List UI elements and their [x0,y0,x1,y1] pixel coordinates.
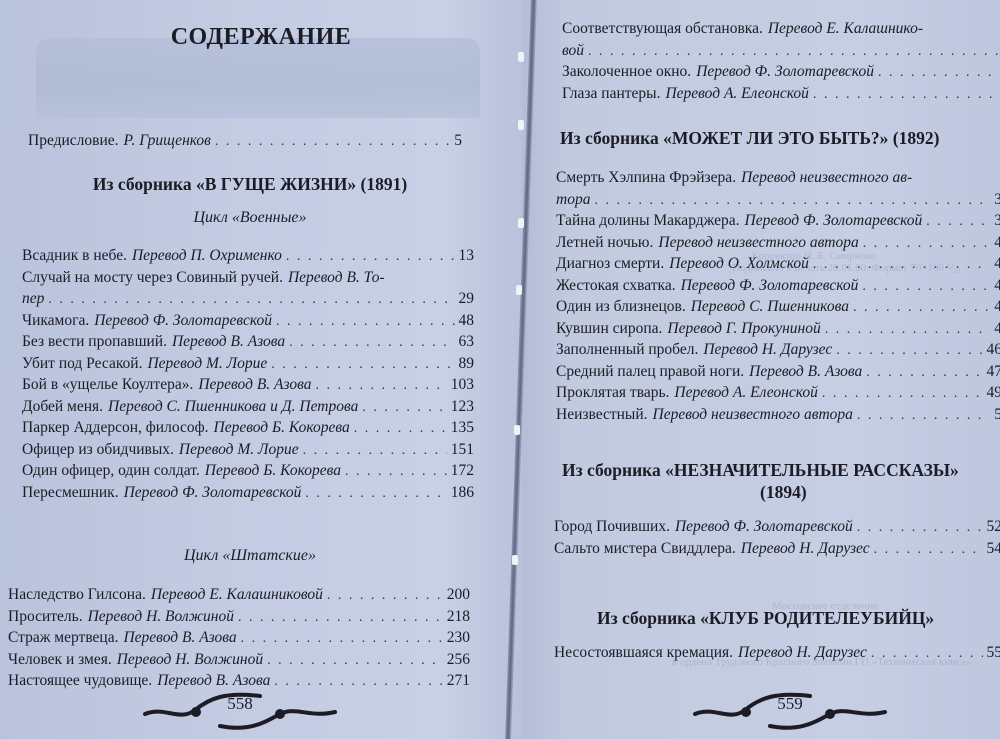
entry-translator: Перевод П. Охрименко [132,245,282,266]
cycle-title-voennye: Цикл «Военные» [0,209,500,227]
entry-translator: Перевод О. Холмской [669,253,809,274]
entry-title: Диагноз смерти. [556,253,664,274]
toc-entry[interactable]: Тайна долины Макарджера.Перевод Ф. Золот… [556,210,1000,232]
toc-entry[interactable]: Без вести пропавший.Перевод В. Азова63 [22,331,474,353]
entry-translator: Перевод Ф. Золотаревской [675,516,853,537]
toc-entry[interactable]: Паркер Аддерсон, философ.Перевод Б. Коко… [22,417,474,439]
entry-translator: Перевод неизвестного ав- [741,167,912,188]
binding-stitch [518,52,524,62]
entry-translator: Перевод неизвестного автора [658,232,858,253]
toc-entry[interactable]: Убит под Ресакой.Перевод М. Лорие89 [22,353,474,375]
toc-entry-preface[interactable]: Предисловие. Р. Грищенков 5 [28,130,462,152]
entry-page: 4 [994,275,1000,296]
entry-page: 172 [451,460,474,481]
entry-title: Паркер Аддерсон, философ. [22,417,209,438]
entry-translator: Перевод М. Лорие [179,439,299,460]
toc-entry[interactable]: Проситель.Перевод Н. Волжиной218 [8,606,470,628]
toc-entry-continuation: тора3 [556,189,1000,211]
entry-title: Убит под Ресакой. [22,353,142,374]
leader-dots [857,517,983,538]
entry-title: Один офицер, один солдат. [22,460,200,481]
entry-title: Добей меня. [22,396,103,417]
entry-page: 13 [459,245,475,266]
toc-entry[interactable]: Проклятая тварь.Перевод А. Елеонской49 [556,382,1000,404]
leader-dots [315,375,446,396]
leader-dots [862,276,990,297]
entry-page: 200 [447,584,470,605]
entry-page: 151 [451,439,474,460]
entry-page: 4 [994,253,1000,274]
entry-translator: Перевод С. Пшенникова [691,296,849,317]
entry-title: Летней ночью. [556,232,653,253]
entry-translator: Р. Грищенков [124,130,211,151]
entry-translator: Перевод Н. Дарузес [703,339,832,360]
entry-title: Жестокая схватка. [556,275,676,296]
leader-dots [836,340,982,361]
toc-entry[interactable]: Город Почивших.Перевод Ф. Золотаревской5… [554,516,1000,538]
leader-dots [271,354,454,375]
entry-translator: Перевод В. Азова [172,331,285,352]
leader-dots [362,397,446,418]
entry-page: 3 [994,189,1000,210]
entry-page: 5 [994,404,1000,425]
entry-title: Всадник в небе. [22,245,127,266]
toc-entry[interactable]: Жестокая схватка.Перевод Ф. Золотаревско… [556,275,1000,297]
entry-title: Соответствующая обстановка. [562,18,763,39]
entry-translator: Перевод В. Азова [198,374,311,395]
entry-title: Проклятая тварь. [556,382,669,403]
right-page: Корректор Н. Б. Смирнова Подписано в печ… [522,0,1000,739]
leader-dots [926,211,990,232]
entry-page: 103 [451,374,474,395]
section-title-v-gushche-zhizni: Из сборника «В ГУЩЕ ЖИЗНИ» (1891) [0,174,500,195]
toc-entry[interactable]: Добей меня.Перевод С. Пшенникова и Д. Пе… [22,396,474,418]
entry-translator: Перевод Б. Кокорева [205,460,341,481]
entry-translator: Перевод В. Азова [123,627,236,648]
entry-title: Неизвестный. [556,404,648,425]
entry-title: Бой в «ущелье Коултера». [22,374,193,395]
toc-entry-continuation: пер29 [22,288,474,310]
entry-title: Заполненный пробел. [556,339,698,360]
entry-title: Город Почивших. [554,516,670,537]
entry-title: Человек и змея. [8,649,112,670]
binding-stitch [518,120,524,130]
entry-translator: Перевод Е. Калашнико- [768,18,923,39]
entry-page: 4 [994,296,1000,317]
entry-page: 218 [447,606,470,627]
leader-dots [857,405,990,426]
toc-entry[interactable]: Соответствующая обстановка.Перевод Е. Ка… [562,18,1000,39]
toc-entry[interactable]: Несостоявшаяся кремация.Перевод Н. Даруз… [554,642,1000,664]
binding-stitch [514,425,520,435]
entry-title: Случай на мосту через Совиный ручей. [22,267,283,288]
toc-entry[interactable]: Пересмешник.Перевод Ф. Золотаревской186 [22,482,474,504]
section-title-neznachitelnye-rasskazy: Из сборника «НЕЗНАЧИТЕЛЬНЫЕ РАССКАЗЫ» [562,460,1000,481]
entry-title: Заколоченное окно. [562,61,691,82]
entry-page: 230 [447,627,470,648]
left-page: СОДЕРЖАНИЕ Предисловие. Р. Грищенков 5 И… [0,0,522,739]
entry-page: 49 [987,382,1000,403]
entry-translator: Перевод Ф. Золотаревской [745,210,923,231]
entry-page: 186 [451,482,474,503]
toc-entry[interactable]: Чикамога.Перевод Ф. Золотаревской48 [22,310,474,332]
entry-title: Сальто мистера Свиддлера. [554,538,736,559]
leader-dots [345,461,447,482]
toc-entry[interactable]: Диагноз смерти.Перевод О. Холмской4 [556,253,1000,275]
leader-dots [825,319,991,340]
entry-translator-cont: пер [22,288,44,309]
cycle-title-shtatskie: Цикл «Штатские» [0,547,500,565]
toc-entry[interactable]: Неизвестный.Перевод неизвестного автора5 [556,404,1000,426]
leader-dots [289,332,454,353]
folio-right: 559 [690,682,890,732]
toc-entry[interactable]: Бой в «ущелье Коултера».Перевод В. Азова… [22,374,474,396]
leader-dots [241,628,443,649]
binding-stitch [516,285,522,295]
entry-title: Пересмешник. [22,482,119,503]
entry-title: Настоящее чудовище. [8,670,152,691]
leader-dots [863,233,991,254]
entry-translator: Перевод Ф. Золотаревской [94,310,272,331]
leader-dots [48,289,454,310]
entry-page: 3 [994,210,1000,231]
entry-page: 135 [451,417,474,438]
entry-page: 47 [987,361,1000,382]
leader-dots [286,246,455,267]
toc-entry[interactable]: Летней ночью.Перевод неизвестного автора… [556,232,1000,254]
entry-title: Проситель. [8,606,83,627]
leader-dots [594,190,990,211]
toc-entry[interactable]: Заполненный пробел.Перевод Н. Дарузес46 [556,339,1000,361]
entry-translator: Перевод А. Елеонской [665,83,808,104]
leader-dots [853,297,990,318]
toc-entry[interactable]: Офицер из обидчивых.Перевод М. Лорие151 [22,439,474,461]
entry-translator: Перевод Н. Дарузес [738,642,867,663]
leader-dots [276,311,455,332]
entry-translator: Перевод Н. Дарузес [741,538,870,559]
entry-title: Страж мертвеца. [8,627,118,648]
entry-title: Без вести пропавший. [22,331,167,352]
entry-page: 48 [459,310,475,331]
page-number-right: 559 [690,694,890,714]
entry-translator: Перевод Б. Кокорева [214,417,350,438]
entry-page: 63 [459,331,475,352]
entry-title: Глаза пантеры. [562,83,660,104]
leader-dots [305,483,446,504]
leader-dots [871,643,983,664]
leader-dots [813,84,998,105]
toc-entry[interactable]: Человек и змея.Перевод Н. Волжиной256 [8,649,470,671]
entry-translator: Перевод В. Азова [749,361,862,382]
entry-page: 256 [447,649,470,670]
leader-dots [303,440,447,461]
entry-translator: Перевод Ф. Золотаревской [681,275,859,296]
toc-entry[interactable]: Сальто мистера Свиддлера.Перевод Н. Дару… [554,538,1000,560]
leader-dots [588,41,998,62]
entry-title: Предисловие. [28,130,119,151]
page-number-left: 558 [140,694,340,714]
entry-page: 52 [987,516,1000,537]
entry-page: 4 [994,318,1000,339]
entry-page: 89 [459,353,475,374]
entry-translator: Перевод М. Лорие [147,353,267,374]
entry-title: Один из близнецов. [556,296,686,317]
leader-dots [878,62,998,83]
entry-page: 54 [987,538,1000,559]
entry-translator: Перевод С. Пшенникова и Д. Петрова [108,396,358,417]
entry-translator: Перевод Н. Волжиной [117,649,263,670]
leader-dots [822,383,983,404]
entry-title: Несостоявшаяся кремация. [554,642,733,663]
entry-translator: Перевод В. То- [288,267,385,288]
entry-translator: Перевод А. Елеонской [674,382,817,403]
entry-translator: Перевод Н. Волжиной [88,606,234,627]
section-title-mozhet-li-eto-byt: Из сборника «МОЖЕТ ЛИ ЭТО БЫТЬ?» (1892) [560,128,1000,149]
entry-title: Смерть Хэлпина Фрэйзера. [556,167,736,188]
entry-page: 5 [454,130,462,151]
leader-dots [327,585,443,606]
entry-translator: Перевод Ф. Золотаревской [696,61,874,82]
entry-translator-cont: вой [562,40,584,61]
entry-page: 29 [459,288,475,309]
toc-entry[interactable]: Всадник в небе.Перевод П. Охрименко13 [22,245,474,267]
toc-entry[interactable]: Страж мертвеца.Перевод В. Азова230 [8,627,470,649]
leader-dots [874,539,983,560]
entry-title: Кувшин сиропа. [556,318,662,339]
entry-page: 123 [451,396,474,417]
entry-page: 46 [987,339,1000,360]
entry-page: 271 [447,670,470,691]
folio-left: 558 [140,682,340,732]
entry-title: Наследство Гилсона. [8,584,146,605]
leader-dots [866,362,982,383]
entry-title: Тайна долины Макарджера. [556,210,740,231]
toc-entry[interactable]: Кувшин сиропа.Перевод Г. Прокуниной4 [556,318,1000,340]
entry-title: Чикамога. [22,310,89,331]
toc-entry[interactable]: Средний палец правой ноги.Перевод В. Азо… [556,361,1000,383]
toc-entry[interactable]: Наследство Гилсона.Перевод Е. Калашников… [8,584,470,606]
section-year-1894: (1894) [760,482,840,503]
toc-entry[interactable]: Смерть Хэлпина Фрэйзера.Перевод неизвест… [556,167,1000,188]
entry-translator-cont: тора [556,189,590,210]
contents-heading: СОДЕРЖАНИЕ [0,24,522,51]
leader-dots [354,418,447,439]
leader-dots [813,254,990,275]
section-title-klub-roditeleubiits: Из сборника «КЛУБ РОДИТЕЛЕУБИЙЦ» [597,608,997,629]
toc-entry[interactable]: Случай на мосту через Совиный ручей.Пере… [22,267,474,288]
entry-title: Офицер из обидчивых. [22,439,174,460]
toc-entry[interactable]: Один из близнецов.Перевод С. Пшенникова4 [556,296,1000,318]
entry-translator: Перевод Ф. Золотаревской [124,482,302,503]
binding-stitch [512,555,518,565]
leader-dots [267,650,443,671]
toc-entry[interactable]: Заколоченное окно.Перевод Ф. Золотаревск… [562,61,1000,83]
toc-entry[interactable]: Один офицер, один солдат.Перевод Б. Коко… [22,460,474,482]
leader-dots [215,131,450,152]
leader-dots [238,607,443,628]
binding-stitch [518,218,524,228]
entry-translator: Перевод неизвестного автора [653,404,853,425]
entry-translator: Перевод Г. Прокуниной [667,318,820,339]
toc-entry[interactable]: Глаза пантеры.Перевод А. Елеонской [562,83,1000,105]
toc-entry-continuation: вой [562,40,1000,62]
entry-translator: Перевод Е. Калашниковой [151,584,323,605]
entry-page: 55 [987,642,1000,663]
entry-title: Средний палец правой ноги. [556,361,744,382]
entry-page: 4 [994,232,1000,253]
